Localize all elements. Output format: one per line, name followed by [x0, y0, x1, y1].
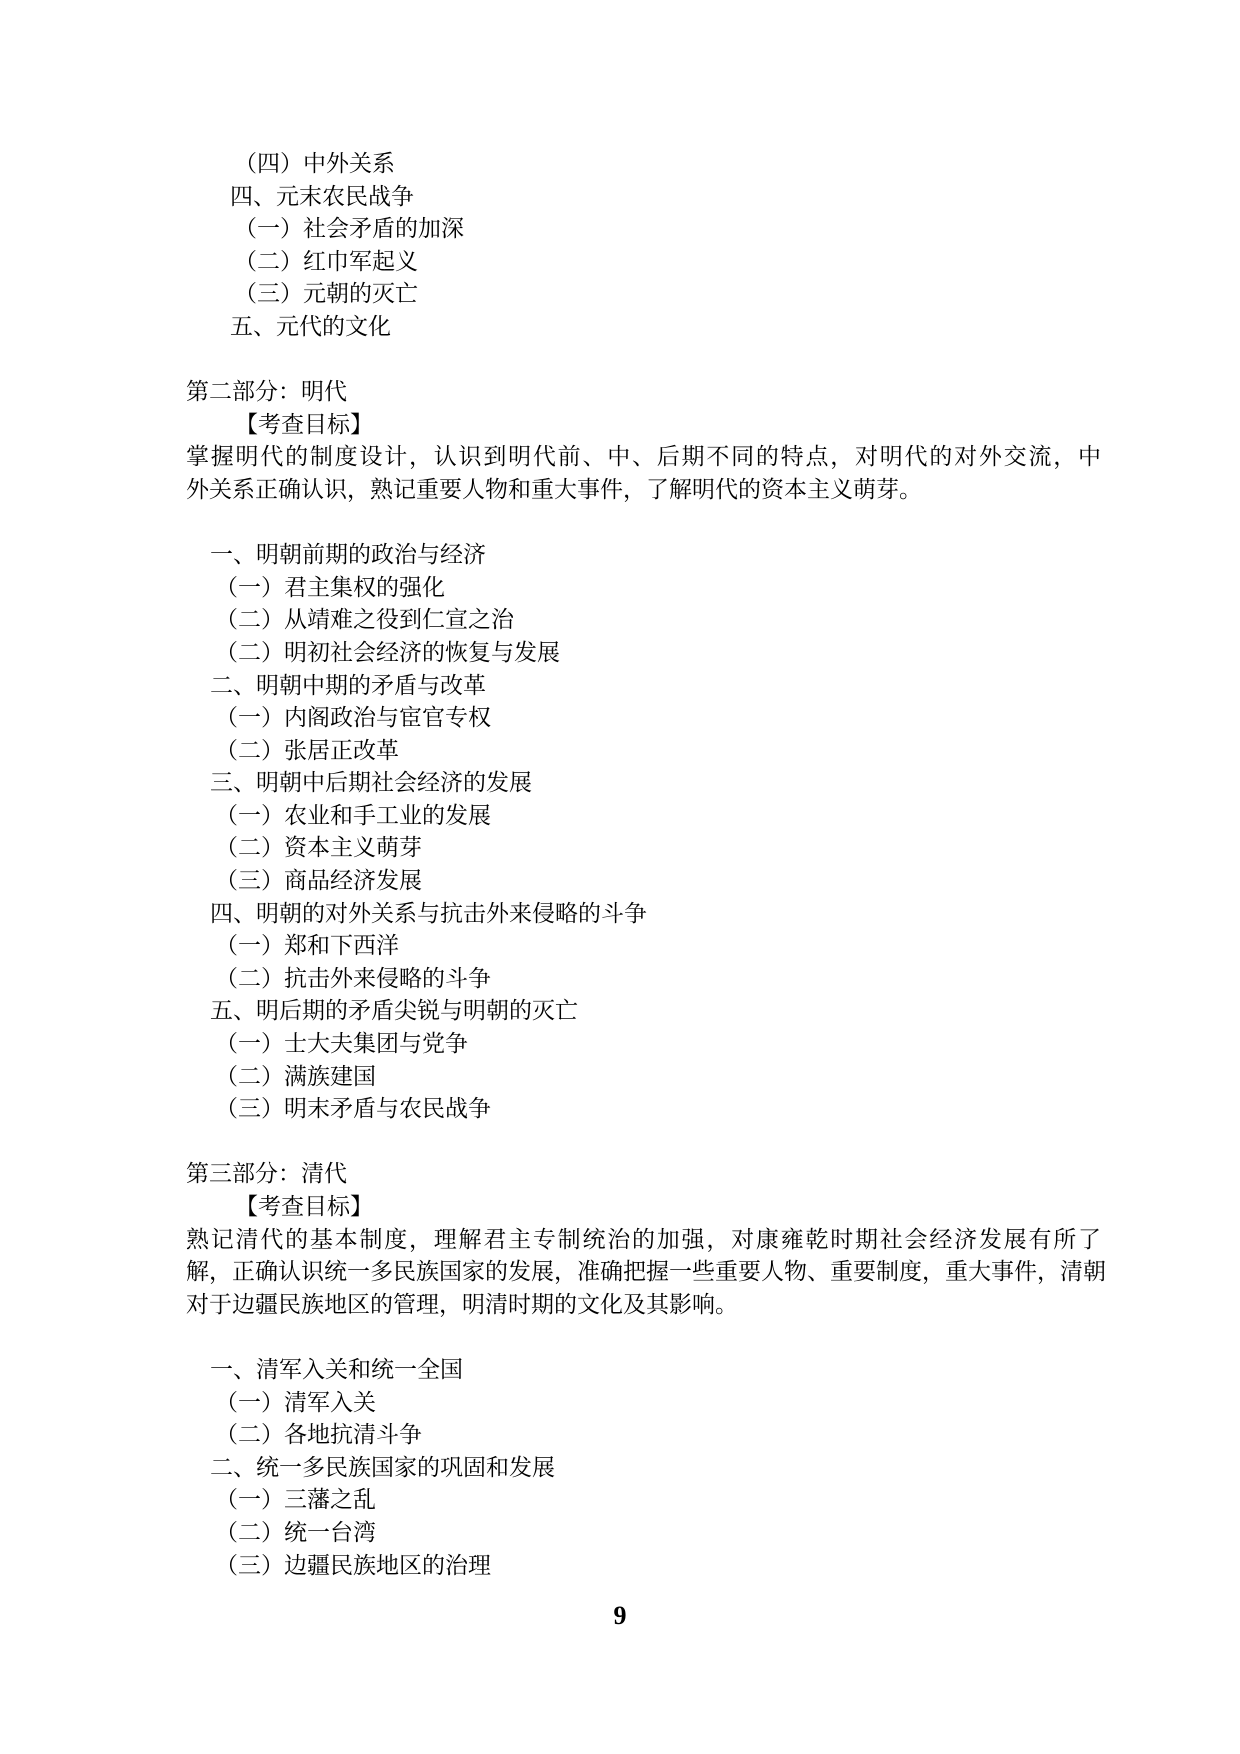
list-item: （一）君主集权的强化 [215, 572, 1101, 605]
list-item: （三）商品经济发展 [215, 865, 1101, 898]
objective-paragraph-qing: 熟记清代的基本制度，理解君主专制统治的加强，对康雍乾时期社会经济发展有所了解，正… [186, 1224, 1101, 1322]
list-item: （二）满族建国 [215, 1061, 1101, 1094]
objective-paragraph-ming: 掌握明代的制度设计，认识到明代前、中、后期不同的特点，对明代的对外交流，中外关系… [186, 441, 1101, 506]
list-item: （三）明末矛盾与农民战争 [215, 1093, 1101, 1126]
list-item: （二）抗击外来侵略的斗争 [215, 963, 1101, 996]
list-item: （一）郑和下西洋 [215, 930, 1101, 963]
list-item: （一）农业和手工业的发展 [215, 800, 1101, 833]
list-item: （一）士大夫集团与党争 [215, 1028, 1101, 1061]
list-item: 四、明朝的对外关系与抗击外来侵略的斗争 [210, 898, 1101, 931]
ming-outline-list: 一、明朝前期的政治与经济（一）君主集权的强化（二）从靖难之役到仁宣之治（二）明初… [186, 539, 1101, 1126]
list-item: （二）红巾军起义 [234, 246, 1101, 279]
list-item: （二）统一台湾 [215, 1517, 1101, 1550]
list-item: 四、元末农民战争 [230, 181, 1101, 214]
list-item: （二）从靖难之役到仁宣之治 [215, 604, 1101, 637]
list-item: 五、元代的文化 [230, 311, 1101, 344]
paragraph-line: 熟记清代的基本制度，理解君主专制统治的加强，对康雍乾时期社会经济发展有所了 [186, 1224, 1101, 1257]
page-number: 9 [0, 1601, 1240, 1631]
objective-label: 【考查目标】 [235, 409, 1101, 442]
yuan-outline-list: （四）中外关系四、元末农民战争（一）社会矛盾的加深（二）红巾军起义（三）元朝的灭… [186, 148, 1101, 344]
list-item: 二、明朝中期的矛盾与改革 [210, 670, 1101, 703]
list-item: （三）边疆民族地区的治理 [215, 1550, 1101, 1583]
section-heading-ming: 第二部分：明代 [186, 376, 1101, 409]
list-item: （一）内阁政治与宦官专权 [215, 702, 1101, 735]
list-item: （三）元朝的灭亡 [234, 278, 1101, 311]
list-item: 一、清军入关和统一全国 [210, 1354, 1101, 1387]
list-item: 二、统一多民族国家的巩固和发展 [210, 1452, 1101, 1485]
list-item: （四）中外关系 [234, 148, 1101, 181]
list-item: （二）明初社会经济的恢复与发展 [215, 637, 1101, 670]
list-item: 三、明朝中后期社会经济的发展 [210, 767, 1101, 800]
list-item: 五、明后期的矛盾尖锐与明朝的灭亡 [210, 995, 1101, 1028]
paragraph-line: 对于边疆民族地区的管理，明清时期的文化及其影响。 [186, 1289, 1101, 1322]
blank-line [186, 344, 1101, 377]
section-heading-qing: 第三部分：清代 [186, 1158, 1101, 1191]
list-item: 一、明朝前期的政治与经济 [210, 539, 1101, 572]
blank-line [186, 1126, 1101, 1159]
paragraph-line: 外关系正确认识，熟记重要人物和重大事件，了解明代的资本主义萌芽。 [186, 474, 1101, 507]
list-item: （一）社会矛盾的加深 [234, 213, 1101, 246]
qing-outline-list: 一、清军入关和统一全国（一）清军入关（二）各地抗清斗争二、统一多民族国家的巩固和… [186, 1354, 1101, 1582]
paragraph-line: 掌握明代的制度设计，认识到明代前、中、后期不同的特点，对明代的对外交流，中 [186, 441, 1101, 474]
document-page: （四）中外关系四、元末农民战争（一）社会矛盾的加深（二）红巾军起义（三）元朝的灭… [0, 0, 1240, 1582]
list-item: （二）张居正改革 [215, 735, 1101, 768]
list-item: （一）清军入关 [215, 1387, 1101, 1420]
paragraph-line: 解，正确认识统一多民族国家的发展，准确把握一些重要人物、重要制度，重大事件，清朝 [186, 1256, 1101, 1289]
list-item: （一）三藩之乱 [215, 1484, 1101, 1517]
list-item: （二）资本主义萌芽 [215, 832, 1101, 865]
objective-label: 【考查目标】 [235, 1191, 1101, 1224]
list-item: （二）各地抗清斗争 [215, 1419, 1101, 1452]
blank-line [186, 1321, 1101, 1354]
blank-line [186, 507, 1101, 540]
